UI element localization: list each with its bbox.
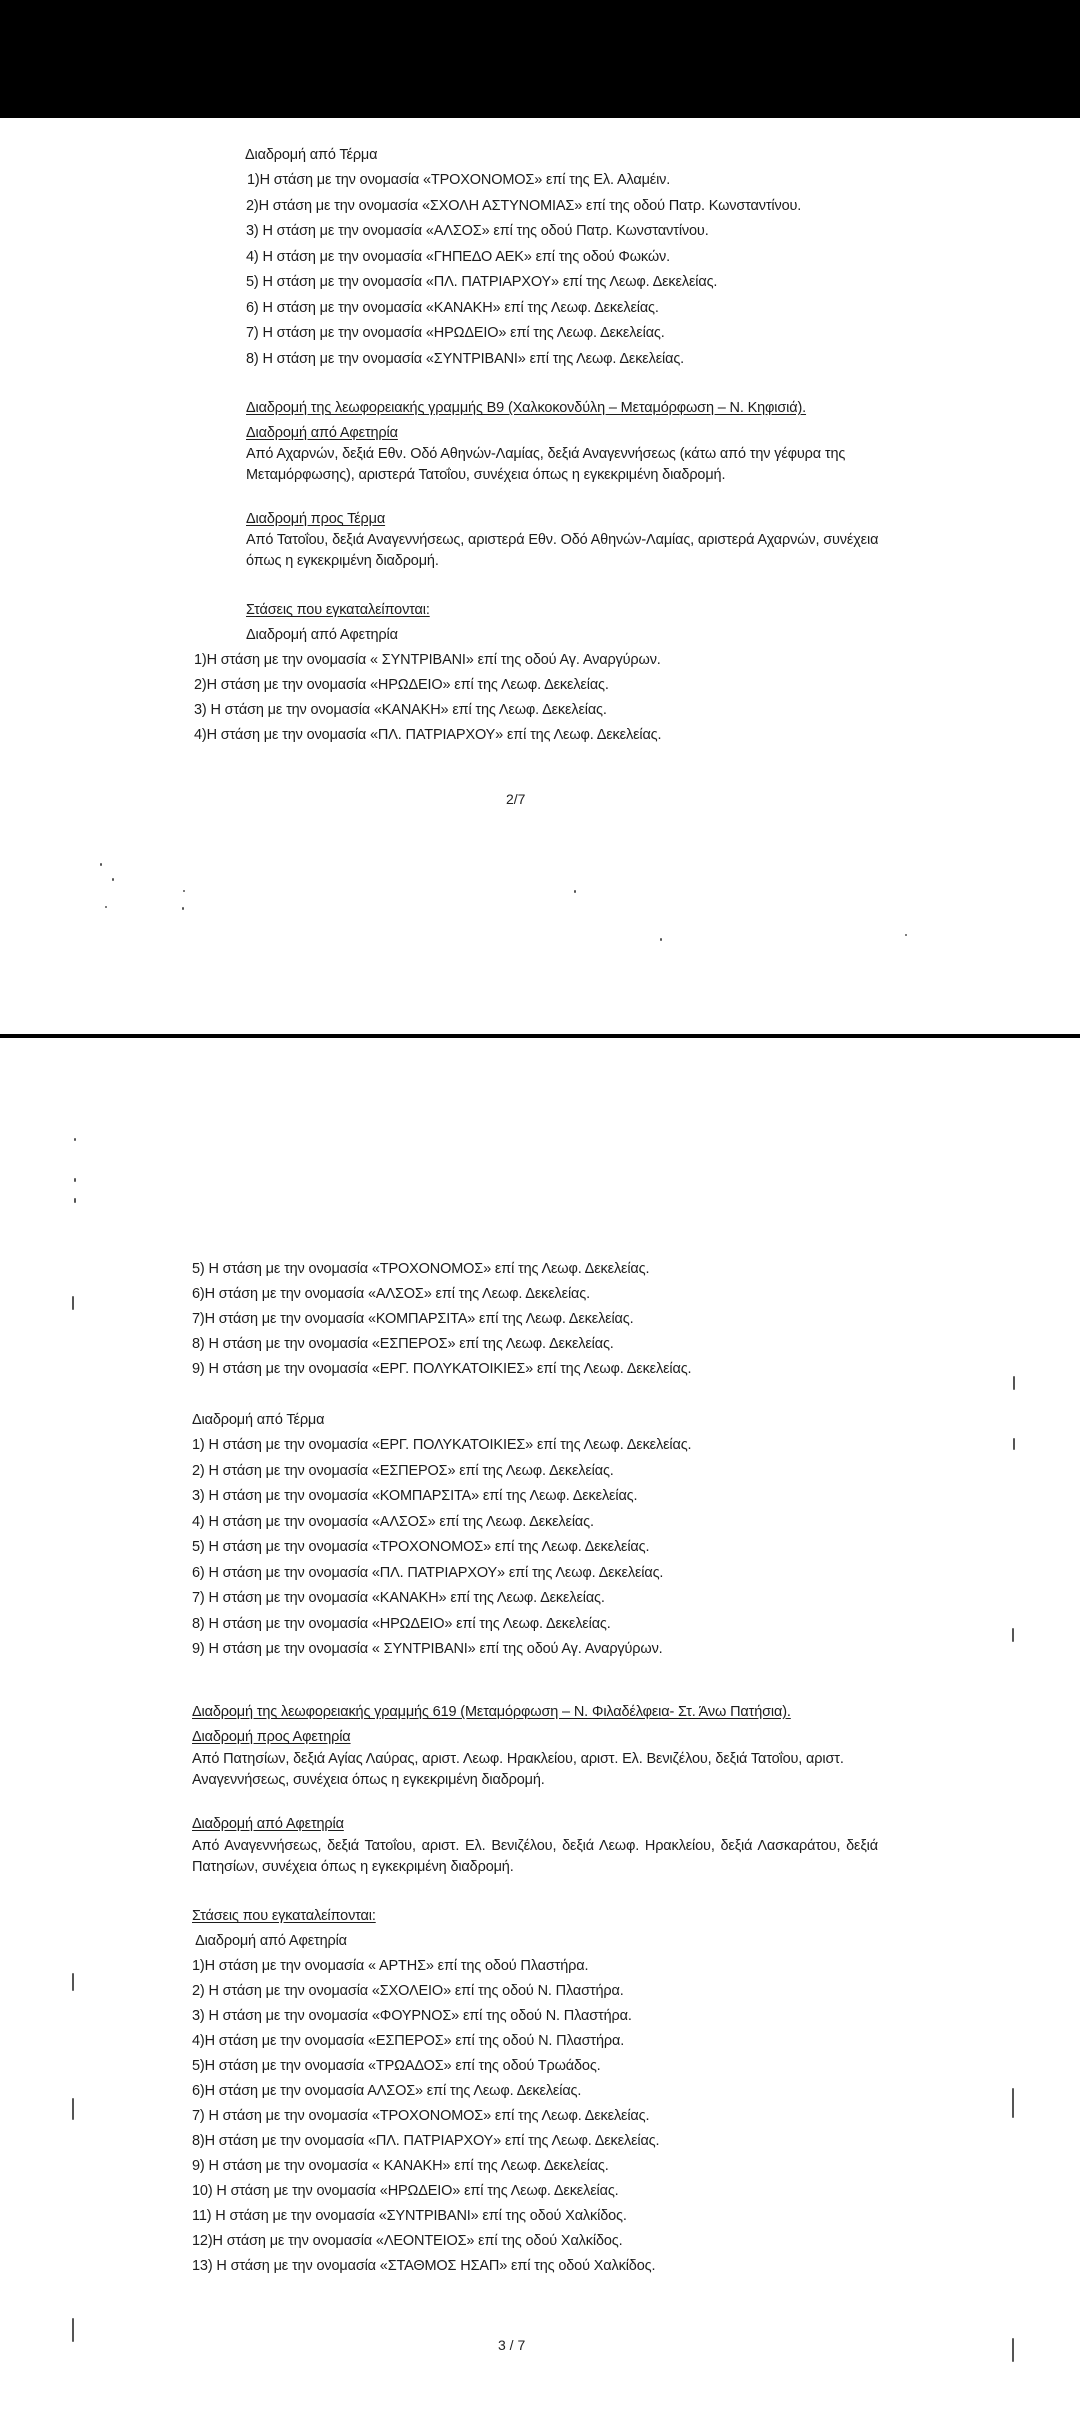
list-item: 2)Η στάση με την ονομασία «ΗΡΩΔΕΙΟ» επί … <box>194 676 609 694</box>
list-item: 4)Η στάση με την ονομασία «ΠΛ. ΠΑΤΡΙΑΡΧΟ… <box>194 726 661 744</box>
list-item: 3) Η στάση με την ονομασία «ΚΟΜΠΑΡΣΙΤΑ» … <box>192 1487 637 1505</box>
scan-speck <box>72 1973 74 1991</box>
r619-apo-afetiria-heading: Διαδρομή από Αφετηρία <box>192 1815 344 1833</box>
b9-terma-heading: Διαδρομή προς Τέρμα <box>246 510 385 528</box>
scan-speck <box>74 1198 76 1203</box>
r619-pros-afetiria-heading: Διαδρομή προς Αφετηρία <box>192 1728 351 1746</box>
list-item: 6) Η στάση με την ονομασία «ΠΛ. ΠΑΤΡΙΑΡΧ… <box>192 1564 663 1582</box>
list-item: 13) Η στάση με την ονομασία «ΣΤΑΘΜΟΣ ΗΣΑ… <box>192 2257 655 2275</box>
list-item: 1)Η στάση με την ονομασία « ΑΡΤΗΣ» επί τ… <box>192 1957 588 1975</box>
list-item: 9) Η στάση με την ονομασία « ΚΑΝΑΚΗ» επί… <box>192 2157 609 2175</box>
scan-speck <box>1012 1628 1014 1642</box>
scan-speck <box>1012 2088 1014 2118</box>
list-item: 6)Η στάση με την ονομασία «ΑΛΣΟΣ» επί τη… <box>192 1285 590 1303</box>
list-item: 4) Η στάση με την ονομασία «ΑΛΣΟΣ» επί τ… <box>192 1513 594 1531</box>
scan-speck <box>112 878 114 881</box>
list-item: 12)Η στάση με την ονομασία «ΛΕΟΝΤΕΙΟΣ» ε… <box>192 2232 623 2250</box>
list-item: 2) Η στάση με την ονομασία «ΕΣΠΕΡΟΣ» επί… <box>192 1462 614 1480</box>
list-item: 6) Η στάση με την ονομασία «ΚΑΝΑΚΗ» επί … <box>246 299 659 317</box>
terma-heading: Διαδρομή από Τέρμα <box>245 146 377 164</box>
scan-speck <box>72 2318 74 2342</box>
scan-speck <box>182 907 184 910</box>
document-page-2: Διαδρομή από Τέρμα 1)Η στάση με την ονομ… <box>0 118 1080 1034</box>
b9-afetiria-text: Από Αχαρνών, δεξιά Εθν. Οδό Αθηνών-Λαμία… <box>246 444 896 486</box>
list-item: 7) Η στάση με την ονομασία «ΚΑΝΑΚΗ» επί … <box>192 1589 605 1607</box>
list-item: 3) Η στάση με την ονομασία «ΑΛΣΟΣ» επί τ… <box>246 222 709 240</box>
list-item: 6)Η στάση με την ονομασία ΑΛΣΟΣ» επί της… <box>192 2082 581 2100</box>
route-619-title: Διαδρομή της λεωφορειακής γραμμής 619 (Μ… <box>192 1703 791 1721</box>
document-page-3: 5) Η στάση με την ονομασία «ΤΡΟΧΟΝΟΜΟΣ» … <box>0 1038 1080 2412</box>
list-item: 5) Η στάση με την ονομασία «ΤΡΟΧΟΝΟΜΟΣ» … <box>192 1260 649 1278</box>
terma-heading: Διαδρομή από Τέρμα <box>192 1411 324 1429</box>
list-item: 4)Η στάση με την ονομασία «ΕΣΠΕΡΟΣ» επί … <box>192 2032 624 2050</box>
scan-speck <box>905 934 907 936</box>
r619-apo-afetiria-text: Από Αναγεννήσεως, δεξιά Τατοΐου, αριστ. … <box>192 1836 878 1878</box>
scan-speck <box>105 906 107 908</box>
abandoned-sub-heading: Διαδρομή από Αφετηρία <box>192 1932 347 1950</box>
list-item: 1) Η στάση με την ονομασία «ΕΡΓ. ΠΟΛΥΚΑΤ… <box>192 1436 691 1454</box>
list-item: 8) Η στάση με την ονομασία «ΕΣΠΕΡΟΣ» επί… <box>192 1335 614 1353</box>
list-item: 5) Η στάση με την ονομασία «ΤΡΟΧΟΝΟΜΟΣ» … <box>192 1538 649 1556</box>
list-item: 9) Η στάση με την ονομασία «ΕΡΓ. ΠΟΛΥΚΑΤ… <box>192 1360 691 1378</box>
list-item: 1)Η στάση με την ονομασία «ΤΡΟΧΟΝΟΜΟΣ» ε… <box>247 171 670 189</box>
b9-terma-text: Από Τατοΐου, δεξιά Αναγεννήσεως, αριστερ… <box>246 530 896 572</box>
list-item: 4) Η στάση με την ονομασία «ΓΗΠΕΔΟ ΑΕΚ» … <box>246 248 670 266</box>
route-b9-title: Διαδρομή της λεωφορειακής γραμμής Β9 (Χα… <box>246 399 806 417</box>
scan-speck <box>74 1178 76 1182</box>
scan-speck <box>1012 2338 1014 2362</box>
list-item: 1)Η στάση με την ονομασία « ΣΥΝΤΡΙΒΑΝΙ» … <box>194 651 661 669</box>
scan-speck <box>72 1296 74 1310</box>
list-item: 5) Η στάση με την ονομασία «ΠΛ. ΠΑΤΡΙΑΡΧ… <box>246 273 717 291</box>
page-number: 2/7 <box>506 791 525 807</box>
scan-speck <box>574 890 576 893</box>
scan-speck <box>183 890 185 892</box>
list-item: 11) Η στάση με την ονομασία «ΣΥΝΤΡΙΒΑΝΙ»… <box>192 2207 627 2225</box>
b9-afetiria-heading: Διαδρομή από Αφετηρία <box>246 424 398 442</box>
list-item: 9) Η στάση με την ονομασία « ΣΥΝΤΡΙΒΑΝΙ»… <box>192 1640 663 1658</box>
list-item: 3) Η στάση με την ονομασία «ΦΟΥΡΝΟΣ» επί… <box>192 2007 632 2025</box>
scan-speck <box>72 2098 74 2120</box>
list-item: 8)Η στάση με την ονομασία «ΠΛ. ΠΑΤΡΙΑΡΧΟ… <box>192 2132 659 2150</box>
list-item: 5)Η στάση με την ονομασία «ΤΡΩΑΔΟΣ» επί … <box>192 2057 601 2075</box>
list-item: 2)Η στάση με την ονομασία «ΣΧΟΛΗ ΑΣΤΥΝΟΜ… <box>246 197 801 215</box>
list-item: 7)Η στάση με την ονομασία «ΚΟΜΠΑΡΣΙΤΑ» ε… <box>192 1310 634 1328</box>
list-item: 8) Η στάση με την ονομασία «ΗΡΩΔΕΙΟ» επί… <box>192 1615 611 1633</box>
list-item: 8) Η στάση με την ονομασία «ΣΥΝΤΡΙΒΑΝΙ» … <box>246 350 684 368</box>
page-number: 3 / 7 <box>498 2337 525 2353</box>
list-item: 2) Η στάση με την ονομασία «ΣΧΟΛΕΙΟ» επί… <box>192 1982 624 2000</box>
scan-speck <box>1013 1438 1015 1450</box>
abandoned-stops-heading: Στάσεις που εγκαταλείπονται: <box>192 1907 376 1925</box>
scan-speck <box>660 938 662 941</box>
scan-speck <box>74 1138 76 1141</box>
list-item: 3) Η στάση με την ονομασία «ΚΑΝΑΚΗ» επί … <box>194 701 607 719</box>
list-item: 10) Η στάση με την ονομασία «ΗΡΩΔΕΙΟ» επ… <box>192 2182 619 2200</box>
abandoned-stops-heading: Στάσεις που εγκαταλείπονται: <box>246 601 430 619</box>
top-black-bar <box>0 0 1080 118</box>
abandoned-sub-heading: Διαδρομή από Αφετηρία <box>246 626 398 644</box>
list-item: 7) Η στάση με την ονομασία «ΤΡΟΧΟΝΟΜΟΣ» … <box>192 2107 649 2125</box>
scan-speck <box>100 863 102 866</box>
list-item: 7) Η στάση με την ονομασία «ΗΡΩΔΕΙΟ» επί… <box>246 324 665 342</box>
scan-speck <box>1013 1376 1015 1390</box>
r619-pros-afetiria-text: Από Πατησίων, δεξιά Αγίας Λαύρας, αριστ.… <box>192 1749 882 1791</box>
